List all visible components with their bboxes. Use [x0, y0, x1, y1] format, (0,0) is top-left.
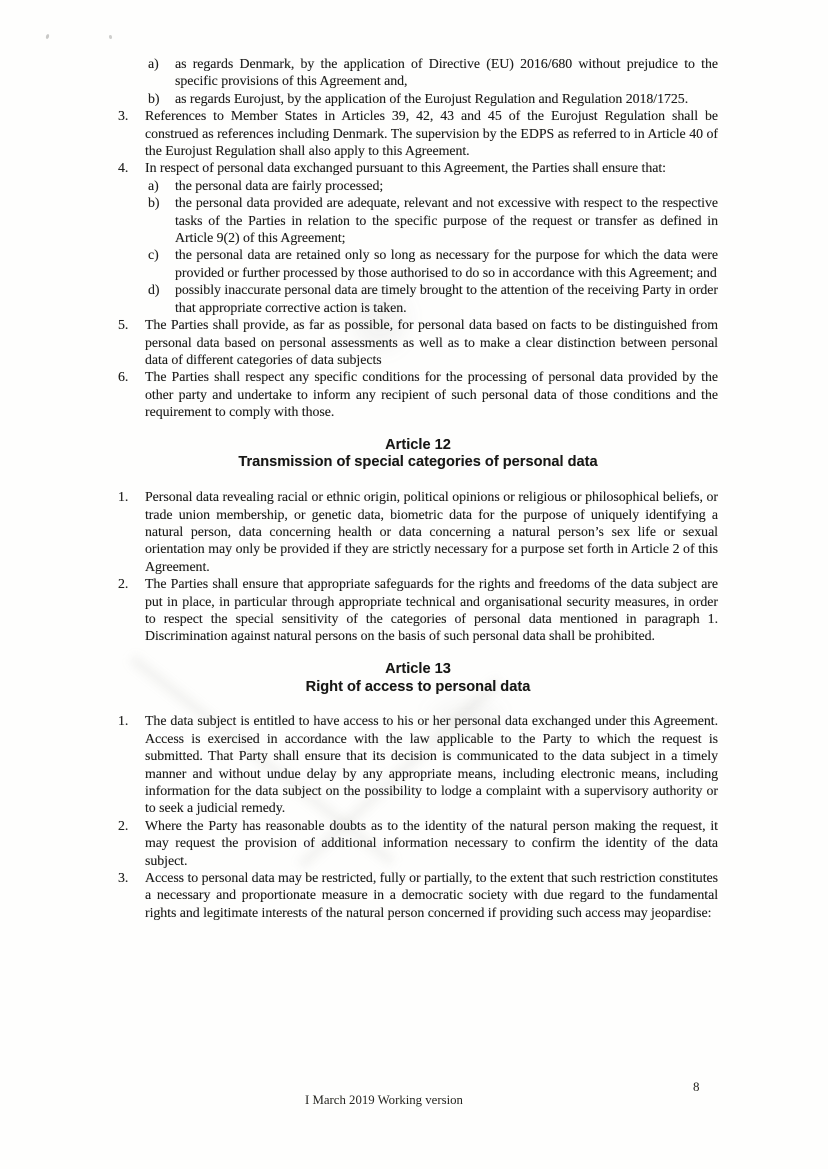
article-heading: Article 12 Transmission of special categ…: [118, 437, 718, 473]
list-marker: b): [148, 91, 175, 108]
article-subtitle: Transmission of special categories of pe…: [118, 454, 718, 472]
list-item: 6. The Parties shall respect any specifi…: [118, 369, 718, 421]
list-text: The Parties shall ensure that appropriat…: [145, 576, 718, 646]
list-text: The data subject is entitled to have acc…: [145, 713, 718, 817]
document-body: a) as regards Denmark, by the applicatio…: [118, 56, 718, 922]
footer-version-text: I March 2019 Working version: [305, 1093, 463, 1108]
list-marker: 1.: [118, 713, 145, 817]
list-marker: 1.: [118, 489, 145, 576]
list-item: a) as regards Denmark, by the applicatio…: [148, 56, 718, 91]
list-text: the personal data are fairly processed;: [175, 178, 718, 195]
list-marker: a): [148, 56, 175, 91]
list-text: as regards Eurojust, by the application …: [175, 91, 718, 108]
list-marker: 4.: [118, 160, 145, 177]
list-text: possibly inaccurate personal data are ti…: [175, 282, 718, 317]
list-item: 2. Where the Party has reasonable doubts…: [118, 818, 718, 870]
list-marker: a): [148, 178, 175, 195]
list-marker: 3.: [118, 870, 145, 922]
list-text: Where the Party has reasonable doubts as…: [145, 818, 718, 870]
list-item: d) possibly inaccurate personal data are…: [148, 282, 718, 317]
list-marker: 3.: [118, 108, 145, 160]
list-marker: d): [148, 282, 175, 317]
list-text: References to Member States in Articles …: [145, 108, 718, 160]
list-item: 3. Access to personal data may be restri…: [118, 870, 718, 922]
list-marker: 5.: [118, 317, 145, 369]
document-page: a) as regards Denmark, by the applicatio…: [0, 0, 828, 1169]
list-marker: 2.: [118, 576, 145, 646]
page-number: 8: [693, 1079, 700, 1095]
scan-speck: [109, 35, 113, 40]
list-item: 3. References to Member States in Articl…: [118, 108, 718, 160]
list-text: as regards Denmark, by the application o…: [175, 56, 718, 91]
list-text: the personal data provided are adequate,…: [175, 195, 718, 247]
list-item: 4. In respect of personal data exchanged…: [118, 160, 718, 177]
list-item: b) as regards Eurojust, by the applicati…: [148, 91, 718, 108]
list-item: 1. The data subject is entitled to have …: [118, 713, 718, 817]
list-text: Personal data revealing racial or ethnic…: [145, 489, 718, 576]
article-subtitle: Right of access to personal data: [118, 679, 718, 697]
article-heading: Article 13 Right of access to personal d…: [118, 661, 718, 697]
scan-speck: [45, 34, 49, 40]
list-item: a) the personal data are fairly processe…: [148, 178, 718, 195]
article-title: Article 13: [118, 661, 718, 679]
list-text: The Parties shall provide, as far as pos…: [145, 317, 718, 369]
list-item: b) the personal data provided are adequa…: [148, 195, 718, 247]
list-text: The Parties shall respect any specific c…: [145, 369, 718, 421]
article-title: Article 12: [118, 437, 718, 455]
list-item: 1. Personal data revealing racial or eth…: [118, 489, 718, 576]
list-item: 5. The Parties shall provide, as far as …: [118, 317, 718, 369]
list-marker: b): [148, 195, 175, 247]
list-text: In respect of personal data exchanged pu…: [145, 160, 718, 177]
list-text: the personal data are retained only so l…: [175, 247, 718, 282]
list-text: Access to personal data may be restricte…: [145, 870, 718, 922]
list-marker: 2.: [118, 818, 145, 870]
list-item: 2. The Parties shall ensure that appropr…: [118, 576, 718, 646]
list-item: c) the personal data are retained only s…: [148, 247, 718, 282]
list-marker: c): [148, 247, 175, 282]
list-marker: 6.: [118, 369, 145, 421]
